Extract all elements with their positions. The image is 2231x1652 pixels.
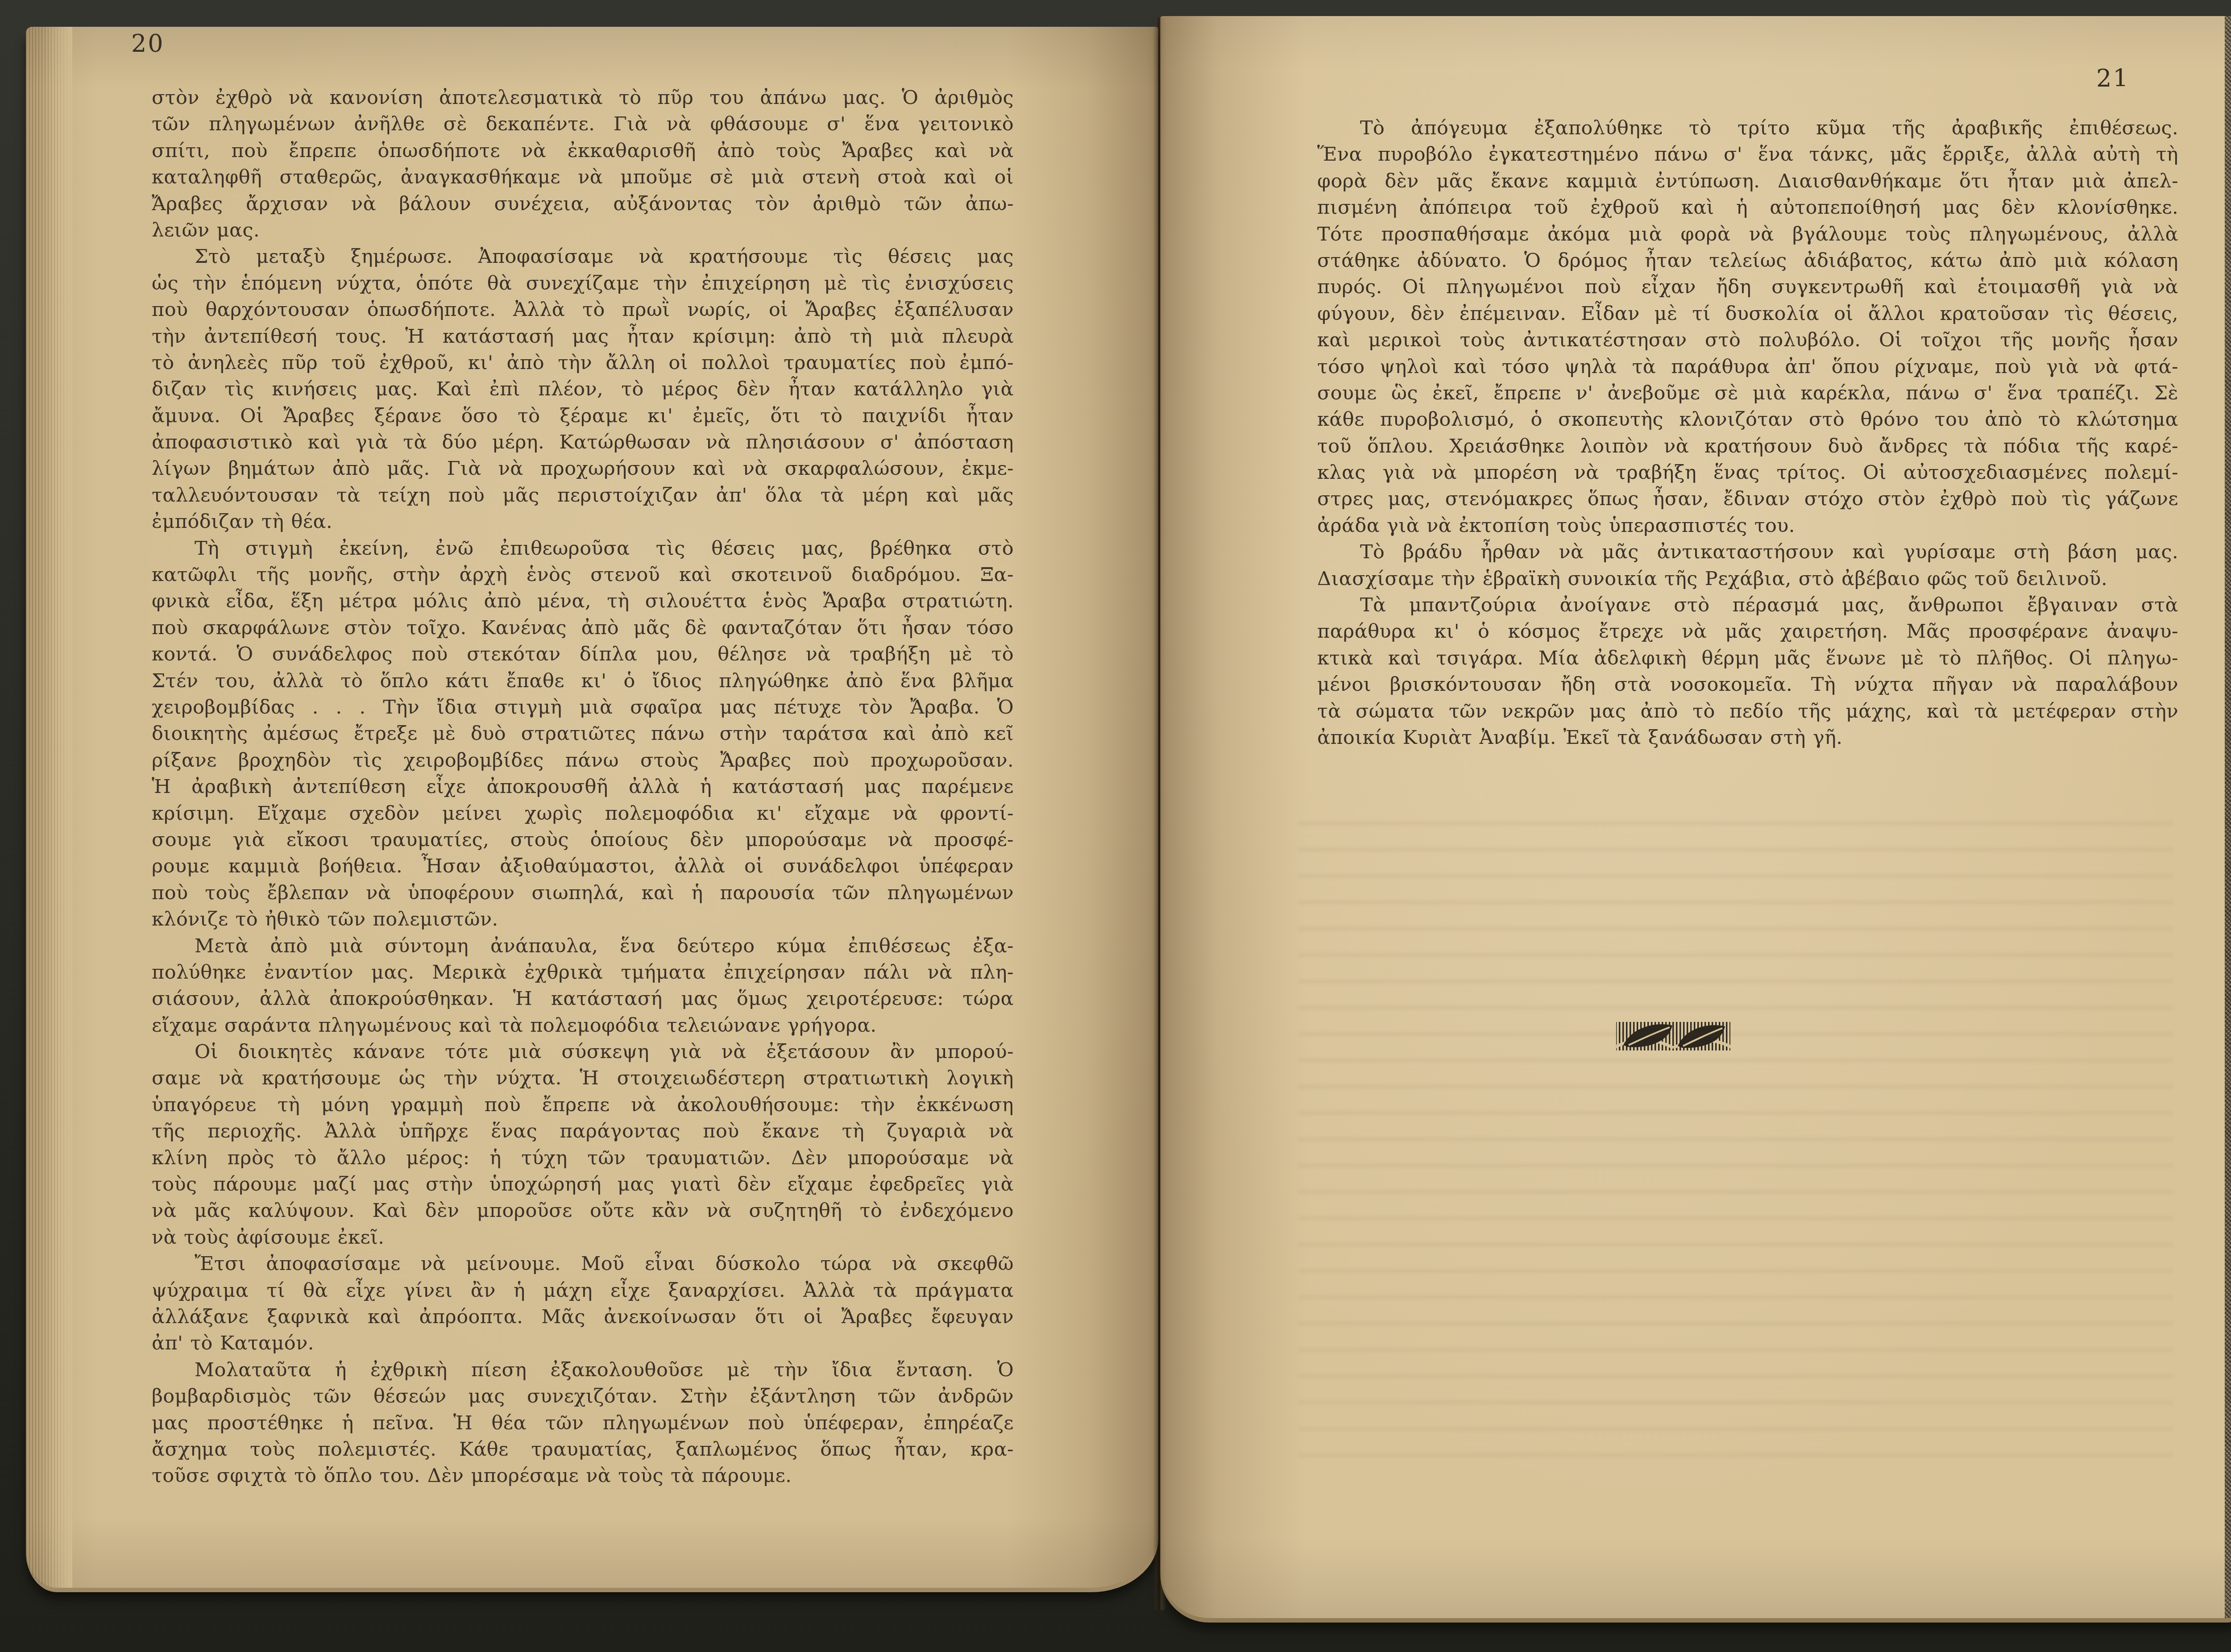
reverse-side-show-through (1298, 810, 2173, 1457)
text-line: τῶν πληγωμένων ἀνῆλθε σὲ δεκαπέντε. Γιὰ … (152, 111, 1014, 137)
text-line: ποὺ σκαρφάλωνε στὸν τοῖχο. Κανένας ἀπὸ μ… (152, 615, 1014, 641)
text-line: τόσο ψηλοὶ καὶ τόσο ψηλὰ τὰ παράθυρα ἀπ'… (1317, 354, 2178, 380)
page-stack-edge (26, 27, 72, 1588)
text-line: ἀράδα γιὰ νὰ ἐκτοπίση τοὺς ὑπερασπιστές … (1317, 513, 2178, 539)
right-page: 21 Τὸ ἀπόγευμα ἐξαπολύθηκε τὸ τρίτο κῦμα… (1160, 16, 2231, 1618)
text-line: σουμε ὣς ἐκεῖ, ἔπρεπε ν' ἀνεβοῦμε σὲ μιὰ… (1317, 380, 2178, 407)
paragraph: Μετὰ ἀπὸ μιὰ σύντομη ἀνάπαυλα, ἕνα δεύτε… (152, 933, 1014, 1039)
text-line: στρες μας, στενόμακρες ὅπως ἦσαν, ἔδιναν… (1317, 486, 2178, 512)
text-line: τὸ ἀνηλεὲς πῦρ τοῦ ἐχθροῦ, κι' ἀπὸ τὴν ἄ… (152, 350, 1014, 376)
text-line: ποὺ τοὺς ἔβλεπαν νὰ ὑποφέρουν σιωπηλά, κ… (152, 880, 1014, 906)
right-page-text: Τὸ ἀπόγευμα ἐξαπολύθηκε τὸ τρίτο κῦμα τῆ… (1317, 115, 2178, 751)
text-line: στάθηκε ἀδύνατο. Ὁ δρόμος ἦταν τελείως ἀ… (1317, 248, 2178, 274)
text-line: κλας γιὰ νὰ μπορέση νὰ τραβήξη ἕνας τρίτ… (1317, 460, 2178, 486)
text-line: μένοι βρισκόντουσαν ἤδη στὰ νοσοκομεῖα. … (1317, 672, 2178, 698)
text-line: Μετὰ ἀπὸ μιὰ σύντομη ἀνάπαυλα, ἕνα δεύτε… (152, 933, 1014, 959)
paragraph: Μολαταῦτα ἡ ἐχθρικὴ πίεση ἐξακολουθοῦσε … (152, 1357, 1014, 1490)
text-line: τοῦσε σφιχτὰ τὸ ὅπλο του. Δὲν μπορέσαμε … (152, 1463, 1014, 1489)
text-line: κρίσιμη. Εἴχαμε σχεδὸν μείνει χωρὶς πολε… (152, 801, 1014, 827)
paragraph: Στὸ μεταξὺ ξημέρωσε. Ἀποφασίσαμε νὰ κρατ… (152, 244, 1014, 535)
left-page: 20 στὸν ἐχθρὸ νὰ κανονίση ἀποτελεσματικὰ… (26, 27, 1158, 1588)
right-page-number: 21 (2096, 64, 2130, 92)
text-line: σπίτι, ποὺ ἔπρεπε ὁπωσδήποτε νὰ ἐκκαθαρι… (152, 138, 1014, 164)
text-line: βομβαρδισμὸς τῶν θέσεών μας συνεχιζόταν.… (152, 1383, 1014, 1410)
text-line: ρουμε καμμιὰ βοήθεια. Ἦσαν ἀξιοθαύμαστοι… (152, 853, 1014, 880)
text-line: Ἄραβες ἄρχισαν νὰ βάλουν συνέχεια, αὐξάν… (152, 191, 1014, 217)
paragraph: Τὴ στιγμὴ ἐκείνη, ἐνῶ ἐπιθεωροῦσα τὶς θέ… (152, 535, 1014, 933)
text-line: χειροβομβίδας . . . Τὴν ἴδια στιγμὴ μιὰ … (152, 694, 1014, 721)
text-line: διοικητὴς ἀμέσως ἔτρεξε μὲ δυὸ στρατιῶτε… (152, 721, 1014, 747)
gutter-crease (1153, 18, 1166, 1610)
text-line: Τὸ ἀπόγευμα ἐξαπολύθηκε τὸ τρίτο κῦμα τῆ… (1317, 115, 2178, 141)
text-line: ρίξανε βροχηδὸν τὶς χειροβομβίδες πάνω σ… (152, 747, 1014, 774)
text-line: ψύχραιμα τί θὰ εἶχε γίνει ἂν ἡ μάχη εἶχε… (152, 1278, 1014, 1304)
cover-cloth-edge (2225, 16, 2231, 1618)
text-line: νὰ μᾶς καλύψουν. Καὶ δὲν μποροῦσε οὔτε κ… (152, 1198, 1014, 1224)
text-line: Στὸ μεταξὺ ξημέρωσε. Ἀποφασίσαμε νὰ κρατ… (152, 244, 1014, 270)
text-line: Ἔτσι ἀποφασίσαμε νὰ μείνουμε. Μοῦ εἶναι … (152, 1251, 1014, 1277)
book-spread-photo: 20 στὸν ἐχθρὸ νὰ κανονίση ἀποτελεσματικὰ… (0, 0, 2231, 1652)
text-line: ταλλευόντουσαν τὰ τείχη ποὺ μᾶς περιστοί… (152, 482, 1014, 509)
text-line: ἄμυνα. Οἱ Ἄραβες ξέρανε ὅσο τὸ ξέραμε κι… (152, 403, 1014, 429)
text-line: τοῦ ὅπλου. Χρειάσθηκε λοιπὸν νὰ κρατήσου… (1317, 433, 2178, 460)
text-line: ποὺ θαρχόντουσαν ὁπωσδήποτε. Ἀλλὰ τὸ πρω… (152, 297, 1014, 323)
text-line: τοὺς πάρουμε μαζί μας στὴν ὑποχώρησή μας… (152, 1171, 1014, 1198)
text-line: ἐμπόδιζαν τὴ θέα. (152, 509, 1014, 535)
text-line: μας προστέθηκε ἡ πεῖνα. Ἡ θέα τῶν πληγωμ… (152, 1410, 1014, 1436)
text-line: Τὴ στιγμὴ ἐκείνη, ἐνῶ ἐπιθεωροῦσα τὶς θέ… (152, 535, 1014, 562)
paragraph: Ἔτσι ἀποφασίσαμε νὰ μείνουμε. Μοῦ εἶναι … (152, 1251, 1014, 1357)
text-line: τὴν ἀντεπίθεσή τους. Ἡ κατάστασή μας ἦτα… (152, 324, 1014, 350)
text-line: Τὸ βράδυ ἦρθαν νὰ μᾶς ἀντικαταστήσουν κα… (1317, 539, 2178, 565)
text-line: Μολαταῦτα ἡ ἐχθρικὴ πίεση ἐξακολουθοῦσε … (152, 1357, 1014, 1383)
text-line: στὸν ἐχθρὸ νὰ κανονίση ἀποτελεσματικὰ τὸ… (152, 85, 1014, 111)
text-line: λειῶν μας. (152, 217, 1014, 244)
text-line: κλίνη πρὸς τὸ ἄλλο μέρος: ἡ τύχη τῶν τρα… (152, 1145, 1014, 1171)
left-page-text: στὸν ἐχθρὸ νὰ κανονίση ἀποτελεσματικὰ τὸ… (152, 85, 1014, 1490)
text-line: Ἕνα πυροβόλο ἐγκατεστημένο πάνω σ' ἕνα τ… (1317, 141, 2178, 168)
text-line: ὡς τὴν ἑπόμενη νύχτα, ὁπότε θὰ συνεχίζαμ… (152, 270, 1014, 297)
text-line: παράθυρα κι' ὁ κόσμος ἔτρεχε νὰ μᾶς χαιρ… (1317, 618, 2178, 645)
text-line: κατῶφλι τῆς μονῆς, στὴν ἀρχὴ ἑνὸς στενοῦ… (152, 562, 1014, 588)
text-line: τῆς περιοχῆς. Ἀλλὰ ὑπῆρχε ἕνας παράγοντα… (152, 1118, 1014, 1145)
text-line: ἀλλάξανε ξαφνικὰ καὶ ἀπρόοπτα. Μᾶς ἀνεκο… (152, 1304, 1014, 1330)
text-line: Τότε προσπαθήσαμε ἀκόμα μιὰ φορὰ νὰ βγάλ… (1317, 221, 2178, 248)
text-line: κάθε πυροβολισμό, ὁ σκοπευτὴς κλονιζόταν… (1317, 407, 2178, 433)
text-line: ἀποφασιστικὸ καὶ γιὰ τὰ δύο μέρη. Κατώρθ… (152, 429, 1014, 456)
text-line: Ἡ ἀραβικὴ ἀντεπίθεση εἶχε ἀποκρουσθῆ ἀλλ… (152, 774, 1014, 800)
text-line: καταληφθῆ σταθερῶς, ἀναγκασθήκαμε νὰ μπο… (152, 164, 1014, 191)
text-line: ὑπαγόρευε τὴ μόνη γραμμὴ ποὺ ἔπρεπε νὰ ἀ… (152, 1092, 1014, 1118)
text-line: φύγουν, δὲν ἐπέμειναν. Εἶδαν μὲ τί δυσκο… (1317, 301, 2178, 327)
text-line: διζαν τὶς κινήσεις μας. Καὶ ἐπὶ πλέον, τ… (152, 376, 1014, 403)
text-line: κλόνιζε τὸ ἠθικὸ τῶν πολεμιστῶν. (152, 906, 1014, 933)
left-page-number: 20 (131, 29, 165, 58)
text-line: σουμε γιὰ εἴκοσι τραυματίες, στοὺς ὁποίο… (152, 827, 1014, 853)
text-line: Στέν του, ἀλλὰ τὸ ὅπλο κάτι ἔπαθε κι' ὁ … (152, 668, 1014, 694)
paragraph: Τὸ βράδυ ἦρθαν νὰ μᾶς ἀντικαταστήσουν κα… (1317, 539, 2178, 592)
text-line: λίγων βημάτων ἀπὸ μᾶς. Γιὰ νὰ προχωρήσου… (152, 456, 1014, 482)
text-line: σαμε νὰ κρατήσουμε ὡς τὴν νύχτα. Ἡ στοιχ… (152, 1065, 1014, 1092)
text-line: κτικὰ καὶ τσιγάρα. Μία ἀδελφικὴ θέρμη μᾶ… (1317, 645, 2178, 672)
paragraph: Τὰ μπαντζούρια ἀνοίγανε στὸ πέρασμά μας,… (1317, 592, 2178, 751)
text-line: ἀπ' τὸ Καταμόν. (152, 1330, 1014, 1357)
text-line: πολύθηκε ἐναντίον μας. Μερικὰ ἐχθρικὰ τμ… (152, 959, 1014, 986)
text-line: κοντά. Ὁ συνάδελφος ποὺ στεκόταν δίπλα μ… (152, 641, 1014, 668)
paragraph: στὸν ἐχθρὸ νὰ κανονίση ἀποτελεσματικὰ τὸ… (152, 85, 1014, 244)
text-line: ἀποικία Κυριὰτ Ἀναβίμ. Ἐκεῖ τὰ ξανάδωσαν… (1317, 725, 2178, 751)
text-line: πυρός. Οἱ πληγωμένοι ποὺ εἶχαν ἤδη συγκε… (1317, 274, 2178, 300)
text-line: Οἱ διοικητὲς κάνανε τότε μιὰ σύσκεψη γιὰ… (152, 1039, 1014, 1065)
text-line: νὰ τοὺς ἀφίσουμε ἐκεῖ. (152, 1224, 1014, 1251)
text-line: ἄσχημα τοὺς πολεμιστές. Κάθε τραυματίας,… (152, 1436, 1014, 1463)
text-line: εἴχαμε σαράντα πληγωμένους καὶ τὰ πολεμο… (152, 1013, 1014, 1039)
text-line: Τὰ μπαντζούρια ἀνοίγανε στὸ πέρασμά μας,… (1317, 592, 2178, 618)
paragraph: Οἱ διοικητὲς κάνανε τότε μιὰ σύσκεψη γιὰ… (152, 1039, 1014, 1251)
text-line: πισμένη ἀπόπειρα τοῦ ἐχθροῦ καὶ ἡ αὐτοπε… (1317, 195, 2178, 221)
text-line: καὶ μερικοὶ τοὺς ἀντικατέστησαν στὸ πολυ… (1317, 327, 2178, 353)
text-line: φνικὰ εἶδα, ἕξη μέτρα μόλις ἀπὸ μένα, τὴ… (152, 588, 1014, 614)
paragraph: Τὸ ἀπόγευμα ἐξαπολύθηκε τὸ τρίτο κῦμα τῆ… (1317, 115, 2178, 539)
text-line: φορὰ δὲν μᾶς ἔκανε καμμιὰ ἐντύπωση. Διαι… (1317, 168, 2178, 195)
text-line: τὰ σώματα τῶν νεκρῶν μας ἀπὸ τὸ πεδίο τῆ… (1317, 698, 2178, 725)
text-line: Διασχίσαμε τὴν ἑβραϊκὴ συνοικία τῆς Ρεχά… (1317, 566, 2178, 592)
text-line: σιάσουν, ἀλλὰ ἀποκρούσθηκαν. Ἡ κατάστασή… (152, 986, 1014, 1012)
